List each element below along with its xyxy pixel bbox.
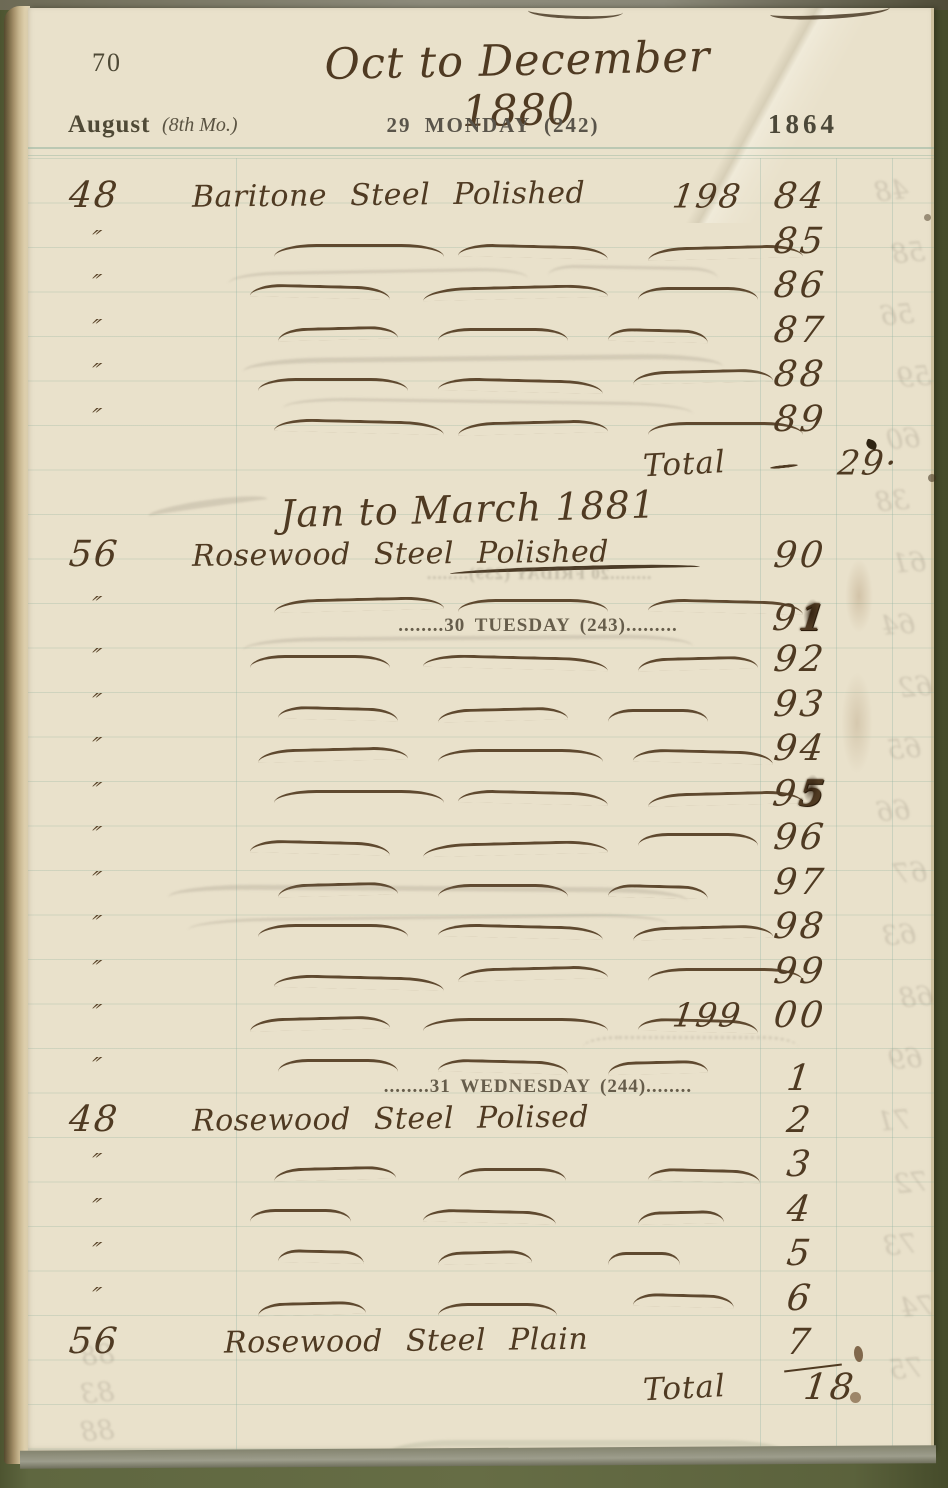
scanned-ledger-page: { "header": { "page_number": "70", "hand… bbox=[0, 0, 948, 1488]
ditto-dash-stroke bbox=[438, 749, 603, 762]
ditto-dash-stroke bbox=[258, 1300, 366, 1316]
ditto-dash-stroke bbox=[258, 378, 408, 391]
ledger-row: ″89 bbox=[28, 399, 934, 444]
description-cell bbox=[188, 684, 760, 729]
entry-description: Rosewood Steel Polised bbox=[192, 1099, 590, 1138]
ditto-dash-stroke bbox=[608, 883, 708, 898]
description-cell bbox=[188, 354, 760, 399]
ditto-dash-stroke bbox=[633, 368, 773, 384]
quantity-cell: 48 bbox=[50, 175, 138, 216]
serial-prefix: 199 bbox=[670, 996, 744, 1035]
ditto-dash-stroke bbox=[458, 599, 608, 612]
ditto-dash-stroke bbox=[648, 1168, 760, 1184]
description-cell: Rosewood Steel Polised bbox=[188, 1100, 760, 1145]
ditto-mark: ″ bbox=[47, 955, 140, 983]
ledger-row: ″88 bbox=[28, 354, 934, 399]
serial-number: 98 bbox=[759, 906, 840, 947]
ditto-mark: ″ bbox=[47, 866, 140, 894]
printed-day-header: ........30 TUESDAY (243)......... bbox=[328, 615, 748, 637]
ditto-mark: ″ bbox=[47, 1052, 140, 1080]
month-label: August bbox=[68, 111, 150, 139]
ditto-dash-stroke bbox=[458, 243, 608, 260]
ditto-mark: ″ bbox=[47, 314, 140, 342]
ditto-dash-stroke bbox=[458, 789, 608, 806]
ditto-dash-stroke bbox=[458, 419, 608, 436]
description-cell bbox=[188, 728, 760, 773]
quantity-cell: 48 bbox=[50, 1099, 138, 1140]
section-period-label: Jan to March 1881 bbox=[178, 480, 759, 539]
ditto-mark: ″ bbox=[47, 359, 140, 387]
ledger-row: 56Rosewood Steel Polished90 bbox=[28, 535, 934, 580]
description-cell bbox=[188, 1144, 760, 1189]
ditto-dash-stroke bbox=[633, 1292, 734, 1307]
serial-number: 00 bbox=[759, 995, 840, 1036]
ledger-row: 56Rosewood Steel Plain7 bbox=[28, 1322, 934, 1367]
ditto-dash-stroke bbox=[438, 706, 568, 722]
description-cell: Rosewood Steel Plain bbox=[188, 1322, 760, 1367]
description-cell: Rosewood Steel Polished bbox=[188, 535, 760, 580]
ledger-row: ″96 bbox=[28, 817, 934, 862]
entry-description: Baritone Steel Polished bbox=[192, 176, 586, 215]
ditto-dash-stroke bbox=[250, 1209, 351, 1222]
description-cell: ........30 TUESDAY (243)......... bbox=[188, 579, 760, 639]
bleed-through-number: 88 bbox=[79, 1415, 116, 1449]
description-cell bbox=[188, 817, 760, 862]
total-amount: 29· bbox=[836, 444, 903, 484]
serial-number: 94 bbox=[759, 728, 840, 769]
ditto-dash-stroke bbox=[274, 244, 444, 257]
serial-number: 85 bbox=[759, 221, 840, 262]
serial-number: 96 bbox=[759, 817, 840, 858]
description-cell bbox=[188, 399, 760, 444]
month-section-header: Jan to March 1881 bbox=[28, 488, 934, 535]
ditto-mark: ″ bbox=[47, 592, 140, 620]
serial-number: 97 bbox=[759, 862, 840, 903]
ledger-row: Total18 bbox=[28, 1367, 934, 1412]
serial-number: 7 bbox=[759, 1322, 840, 1363]
description-cell bbox=[188, 773, 760, 818]
ditto-mark: ″ bbox=[47, 777, 140, 805]
ledger-row: ″97 bbox=[28, 862, 934, 907]
ditto-dash-stroke bbox=[274, 417, 444, 434]
ditto-dash-stroke bbox=[274, 1166, 397, 1182]
ledger-row: ″95 bbox=[28, 773, 934, 818]
description-cell bbox=[188, 1189, 760, 1234]
ditto-dash-stroke bbox=[638, 656, 758, 672]
ditto-dash-stroke bbox=[258, 924, 408, 937]
ditto-dash-stroke bbox=[608, 1059, 708, 1074]
serial-number: 4 bbox=[759, 1189, 840, 1230]
serial-number: 90 bbox=[759, 535, 840, 576]
ditto-dash-stroke bbox=[638, 833, 758, 846]
ditto-dash-stroke bbox=[278, 1059, 398, 1072]
total-label: Total bbox=[642, 1368, 727, 1408]
ditto-mark: ″ bbox=[47, 733, 140, 761]
serial-prefix: 198 bbox=[670, 177, 744, 216]
ditto-dash-stroke bbox=[438, 377, 603, 394]
entry-description: Rosewood Steel Plain bbox=[224, 1322, 589, 1361]
serial-number: 99 bbox=[759, 951, 840, 992]
ditto-dash-stroke bbox=[438, 884, 568, 897]
book-page-edges bbox=[4, 6, 30, 1464]
description-cell bbox=[188, 265, 760, 310]
cutoff-ink-mark bbox=[770, 1, 890, 21]
ditto-mark: ″ bbox=[47, 1000, 140, 1028]
ledger-row: ″92 bbox=[28, 639, 934, 684]
description-cell: Total bbox=[188, 1367, 760, 1412]
serial-number: 95 bbox=[759, 772, 840, 814]
ditto-mark: ″ bbox=[47, 270, 140, 298]
ditto-mark: ″ bbox=[47, 911, 140, 939]
printed-date-header: August (8th Mo.) 29 MONDAY (242) 1864 bbox=[28, 109, 934, 143]
header-rule bbox=[28, 147, 934, 156]
ledger-rows: 48Baritone Steel Polished19884″85″86″87″… bbox=[28, 176, 934, 1411]
ditto-dash-stroke bbox=[633, 748, 773, 764]
ditto-dash-stroke bbox=[274, 790, 444, 803]
ledger-row: ″98 bbox=[28, 906, 934, 951]
ledger-row: ″99 bbox=[28, 951, 934, 996]
ditto-dash-stroke bbox=[438, 1303, 557, 1316]
ditto-dash-stroke bbox=[458, 1168, 566, 1181]
ditto-dash-stroke bbox=[278, 705, 398, 721]
ditto-dash-stroke bbox=[250, 655, 390, 668]
ditto-dash-stroke bbox=[274, 973, 444, 990]
ditto-dash-stroke bbox=[438, 328, 568, 341]
ledger-row: ″94 bbox=[28, 728, 934, 773]
description-cell bbox=[188, 1233, 760, 1278]
ditto-mark: ″ bbox=[47, 1193, 140, 1221]
description-cell: Baritone Steel Polished198 bbox=[188, 176, 760, 221]
ditto-dash-stroke bbox=[250, 1015, 390, 1031]
total-amount: 18 bbox=[759, 1367, 870, 1408]
ditto-dash-stroke bbox=[608, 709, 708, 722]
ditto-dash-stroke bbox=[438, 1058, 568, 1074]
description-cell bbox=[188, 951, 760, 996]
description-cell bbox=[188, 310, 760, 355]
ditto-dash-stroke bbox=[250, 839, 390, 855]
ditto-mark: ″ bbox=[47, 688, 140, 716]
serial-digit: 1 bbox=[796, 597, 829, 639]
ditto-dash-stroke bbox=[638, 1209, 725, 1224]
ditto-dash-stroke bbox=[250, 283, 390, 299]
serial-number: 86 bbox=[759, 265, 840, 306]
ditto-mark: ″ bbox=[47, 1149, 140, 1177]
ledger-row: Total29· bbox=[28, 443, 934, 488]
ditto-dash-stroke bbox=[633, 924, 773, 940]
description-cell: ........31 WEDNESDAY (244)........ bbox=[188, 1040, 760, 1100]
ditto-dash-stroke bbox=[274, 596, 444, 613]
ledger-row: ″4 bbox=[28, 1189, 934, 1234]
description-cell bbox=[188, 906, 760, 951]
ledger-row: ″6 bbox=[28, 1278, 934, 1323]
ledger-row: 48Rosewood Steel Polised2 bbox=[28, 1100, 934, 1145]
description-cell bbox=[188, 221, 760, 266]
ditto-dash-stroke bbox=[638, 287, 758, 300]
serial-number: 91 bbox=[759, 597, 840, 639]
ditto-dash-stroke bbox=[438, 923, 603, 940]
ledger-row: 48Baritone Steel Polished19884 bbox=[28, 176, 934, 221]
ditto-mark: ″ bbox=[47, 1238, 140, 1266]
ledger-row: ″........30 TUESDAY (243).........91 bbox=[28, 579, 934, 639]
serial-number: 2 bbox=[759, 1100, 840, 1141]
serial-number: 89 bbox=[759, 399, 840, 440]
quantity-cell: 56 bbox=[50, 534, 138, 575]
ledger-row: ″19900 bbox=[28, 995, 934, 1040]
ditto-mark: ″ bbox=[47, 1282, 140, 1310]
description-cell: 199 bbox=[188, 995, 760, 1040]
ditto-dash-stroke bbox=[423, 840, 608, 858]
ditto-dash-stroke bbox=[423, 284, 608, 302]
ledger-row: ″5 bbox=[28, 1233, 934, 1278]
ditto-dash-stroke bbox=[423, 1208, 556, 1224]
ditto-mark: ″ bbox=[47, 644, 140, 672]
diary-page: 70 Oct to December 1880 August (8th Mo.)… bbox=[28, 8, 934, 1452]
year-label: 1864 bbox=[768, 109, 838, 140]
ditto-dash-stroke bbox=[278, 881, 398, 897]
description-cell bbox=[188, 1278, 760, 1323]
ditto-dash-stroke bbox=[608, 327, 708, 342]
description-cell bbox=[188, 862, 760, 907]
description-cell bbox=[188, 639, 760, 684]
serial-number: 87 bbox=[759, 310, 840, 351]
quantity-cell: 56 bbox=[50, 1321, 138, 1362]
ditto-dash-stroke bbox=[458, 965, 608, 982]
ledger-row: ″85 bbox=[28, 221, 934, 266]
serial-number: 92 bbox=[759, 639, 840, 680]
total-dash-mark bbox=[770, 464, 798, 470]
ledger-row: ″........31 WEDNESDAY (244)........1 bbox=[28, 1040, 934, 1100]
ditto-dash-stroke bbox=[278, 1249, 365, 1264]
ledger-row: ″87 bbox=[28, 310, 934, 355]
ditto-mark: ″ bbox=[47, 225, 140, 253]
page-number: 70 bbox=[92, 48, 122, 78]
serial-number: 93 bbox=[759, 684, 840, 725]
ledger-row: ″93 bbox=[28, 684, 934, 729]
serial-number: 84 bbox=[759, 176, 840, 217]
ditto-mark: ″ bbox=[47, 403, 140, 431]
ditto-dash-stroke bbox=[438, 1250, 532, 1265]
serial-number: 3 bbox=[759, 1144, 840, 1185]
ditto-dash-stroke bbox=[423, 1018, 608, 1031]
ditto-dash-stroke bbox=[608, 1252, 680, 1265]
ditto-dash-stroke bbox=[258, 746, 408, 763]
ditto-dash-stroke bbox=[278, 325, 398, 341]
serial-number: 88 bbox=[759, 354, 840, 395]
printed-day-header: ........31 WEDNESDAY (244)........ bbox=[328, 1076, 748, 1098]
serial-number: 5 bbox=[759, 1233, 840, 1274]
ditto-mark: ″ bbox=[47, 822, 140, 850]
total-label: Total bbox=[642, 444, 727, 484]
ledger-row: ″86 bbox=[28, 265, 934, 310]
ditto-dash-stroke bbox=[423, 654, 608, 672]
serial-number: 1 bbox=[759, 1058, 840, 1099]
month-note: (8th Mo.) bbox=[162, 114, 238, 137]
serial-digit: 5 bbox=[796, 772, 829, 814]
day-label: 29 MONDAY (242) bbox=[318, 113, 668, 138]
ledger-row: ″3 bbox=[28, 1144, 934, 1189]
serial-number: 6 bbox=[759, 1278, 840, 1319]
